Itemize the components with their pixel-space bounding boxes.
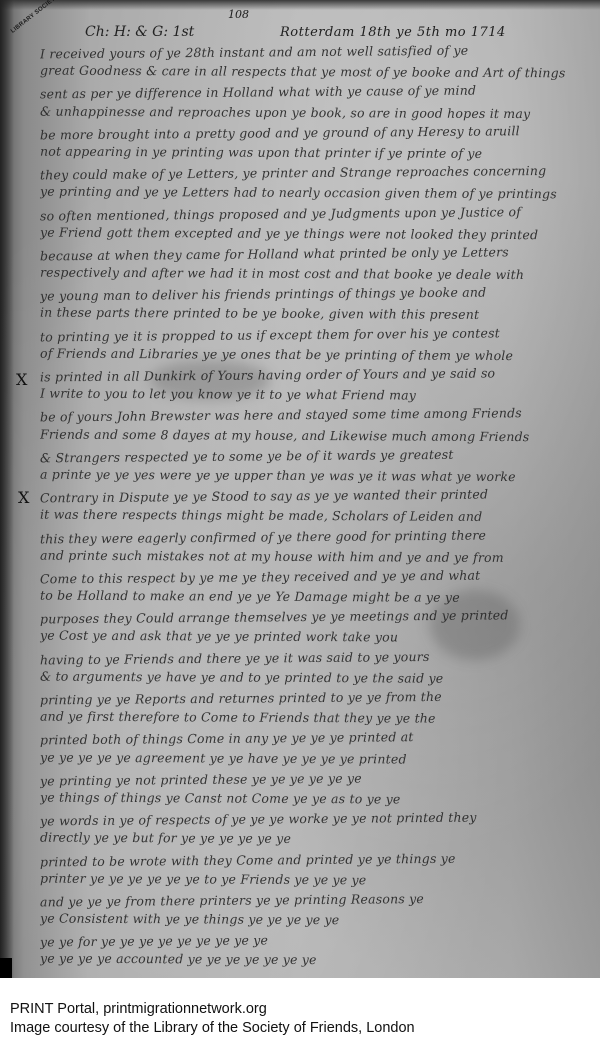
library-credit: Image courtesy of the Library of the Soc… [10, 1019, 590, 1038]
page-binding-edge [0, 0, 14, 978]
portal-credit: PRINT Portal, printmigrationnetwork.org [10, 1000, 590, 1019]
page-number: 108 [228, 8, 249, 21]
image-credit-caption: PRINT Portal, printmigrationnetwork.org … [10, 1000, 590, 1038]
manuscript-scan: LIBRARY SOCIETY OF FRIENDS 108 Ch: H: & … [0, 0, 600, 978]
scan-corner-mark [0, 958, 12, 978]
margin-mark: X [18, 488, 29, 507]
manuscript-text: I received yours of ye 28th instant and … [40, 42, 588, 978]
folio-heading: Ch: H: & G: 1st [85, 24, 194, 40]
page-top-edge [0, 0, 600, 10]
margin-mark: X [16, 370, 27, 389]
place-date-heading: Rotterdam 18th ye 5th mo 1714 [280, 25, 506, 40]
